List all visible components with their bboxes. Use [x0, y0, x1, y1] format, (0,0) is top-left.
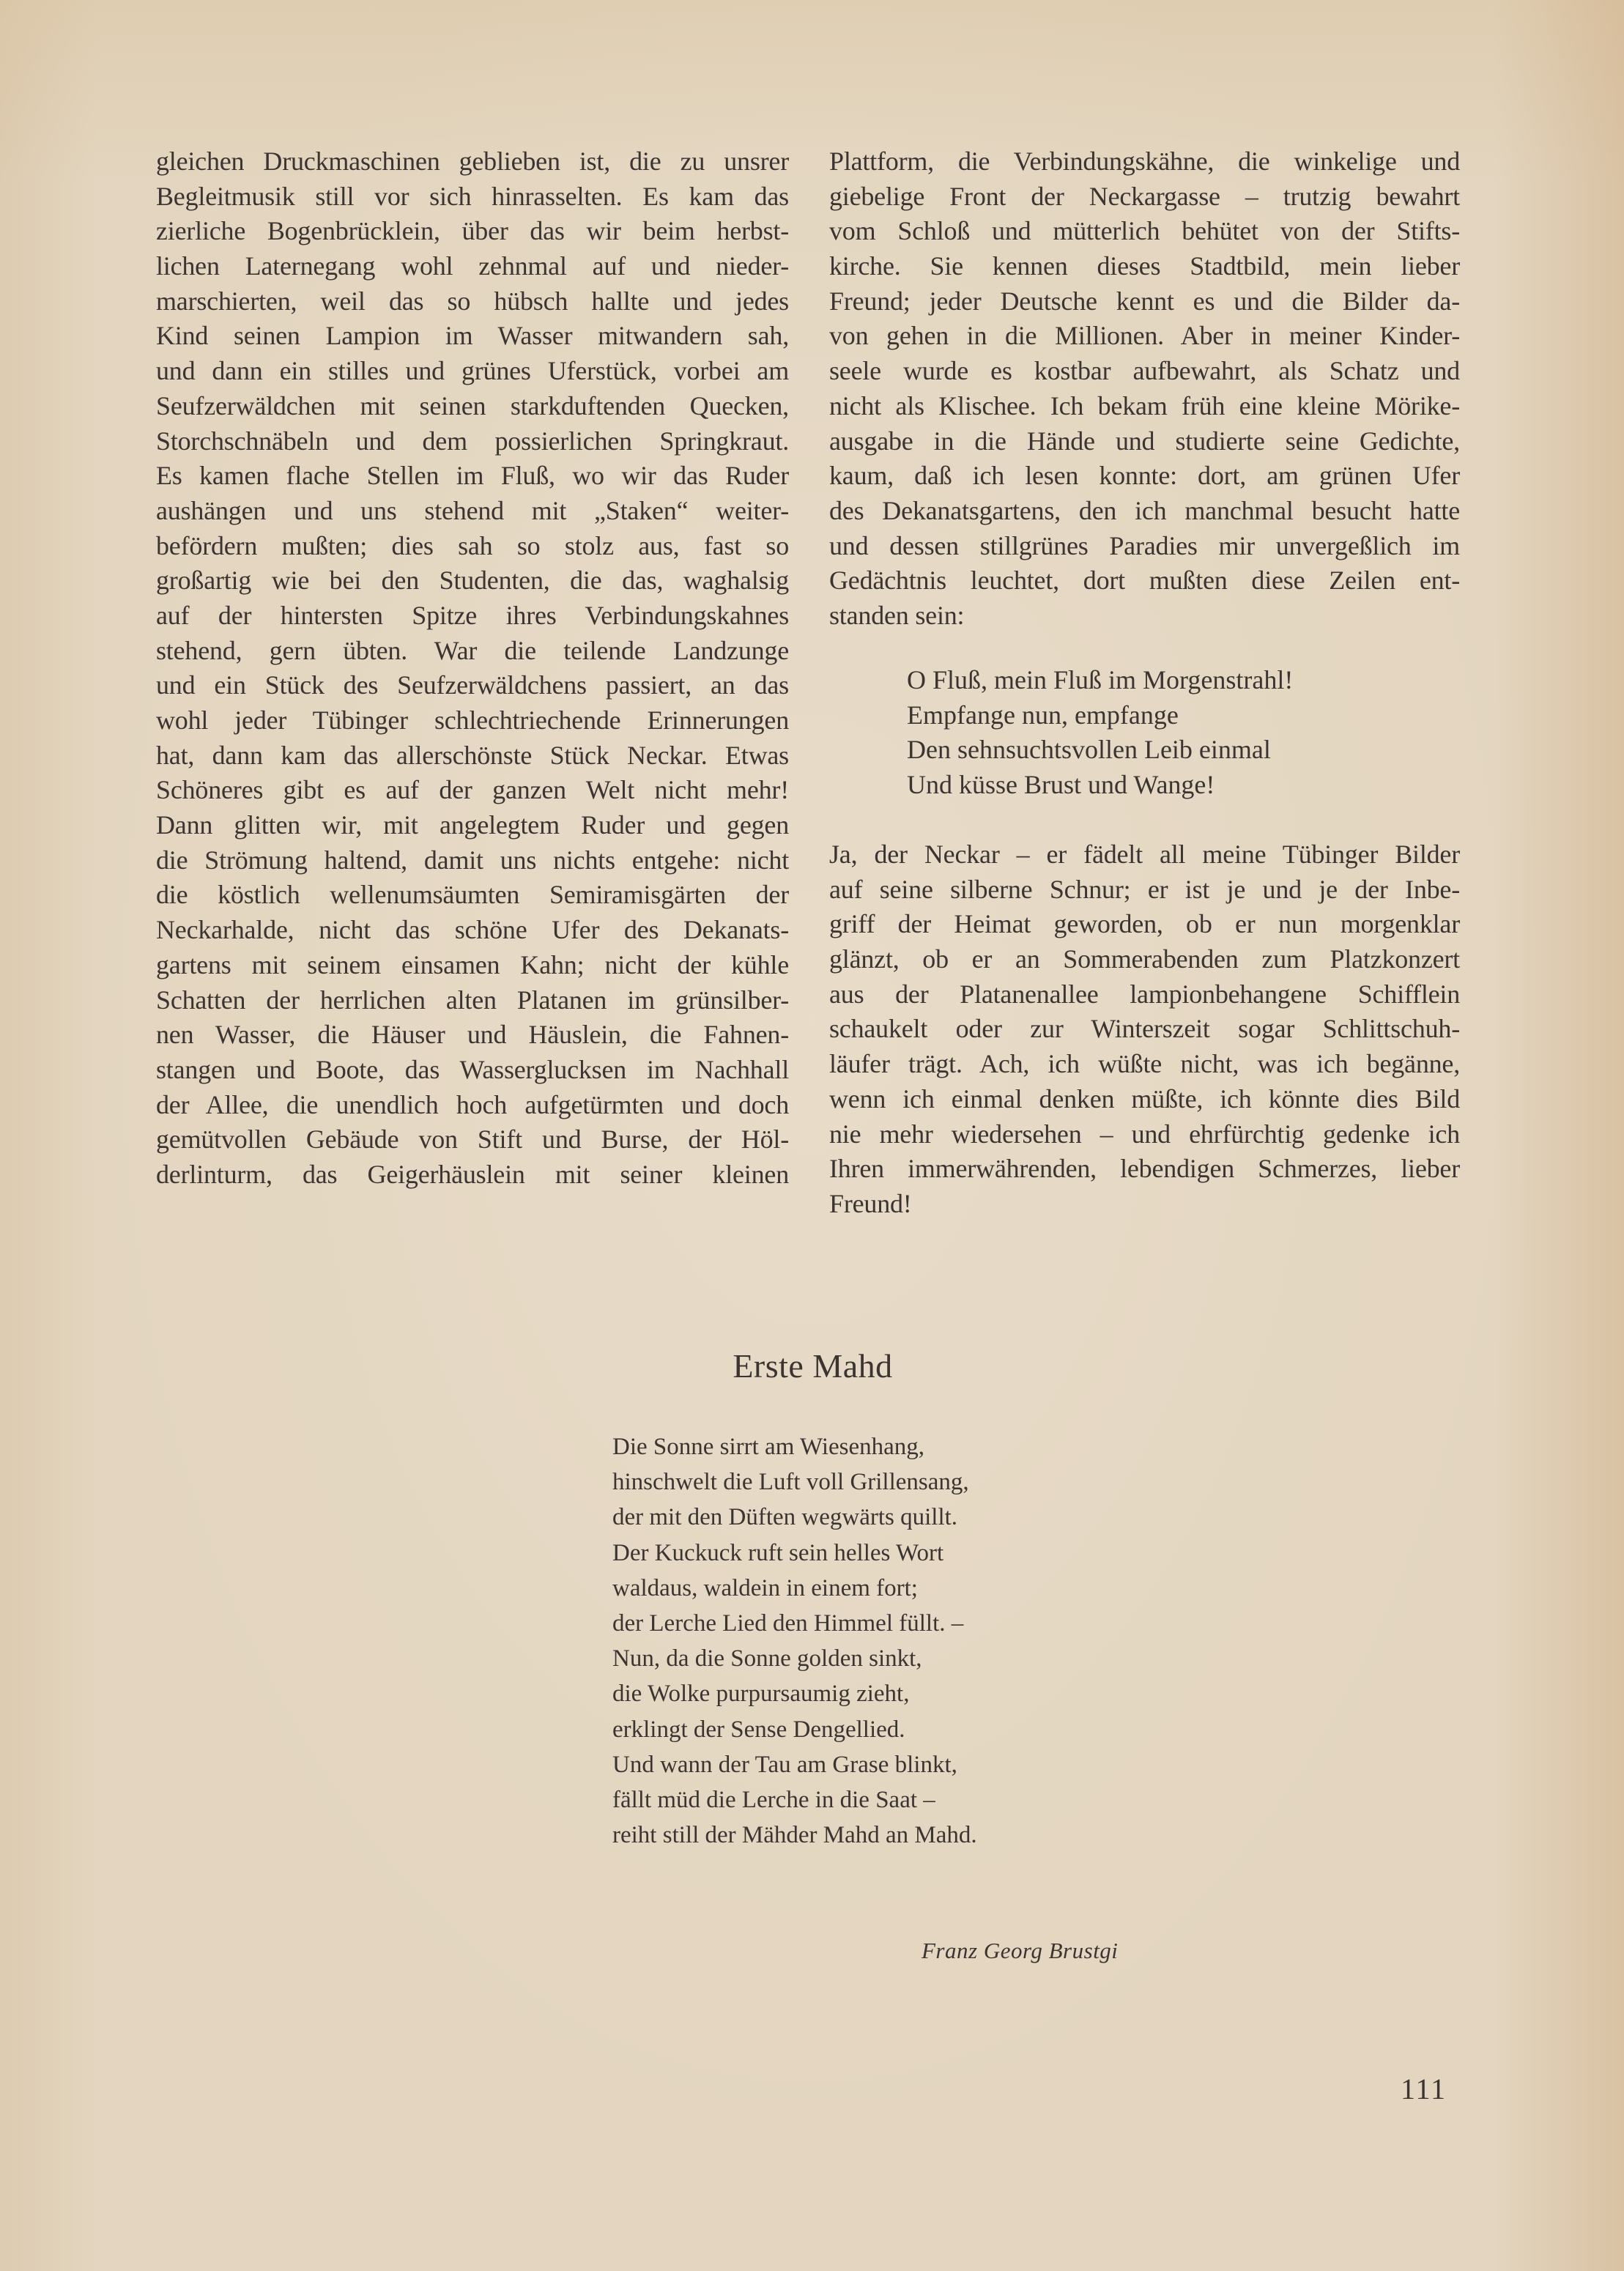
text-line: Schatten der herrlichen alten Platanen i…	[156, 983, 789, 1018]
text-line: und dessen stillgrünes Paradies mir unve…	[829, 529, 1460, 564]
text-line: des Dekanatsgartens, den ich manchmal be…	[829, 494, 1460, 529]
text-line: läufer trägt. Ach, ich wüßte nicht, was …	[829, 1047, 1460, 1082]
text-line: ausgabe in die Hände und studierte seine…	[829, 424, 1460, 459]
text-line: wohl jeder Tübinger schlechtriechende Er…	[156, 703, 789, 738]
text-line: giebelige Front der Neckargasse – trutzi…	[829, 179, 1460, 215]
poem-title: Erste Mahd	[0, 1346, 1624, 1385]
text-line: Und küsse Brust und Wange!	[907, 768, 1293, 803]
text-line: Schöneres gibt es auf der ganzen Welt ni…	[156, 773, 789, 808]
poem-body: Die Sonne sirrt am Wiesenhang,hinschwelt…	[612, 1429, 977, 1853]
text-line: die Wolke purpursaumig zieht,	[612, 1676, 977, 1711]
text-line: zierliche Bogenbrücklein, über das wir b…	[156, 214, 789, 249]
text-line: und dann ein stilles und grünes Uferstüc…	[156, 354, 789, 389]
text-line: reiht still der Mähder Mahd an Mahd.	[612, 1818, 977, 1853]
text-line: gartens mit seinem einsamen Kahn; nicht …	[156, 948, 789, 983]
text-line: Den sehnsuchtsvollen Leib einmal	[907, 733, 1293, 768]
text-line: hat, dann kam das allerschönste Stück Ne…	[156, 738, 789, 774]
text-line: fällt müd die Lerche in die Saat –	[612, 1782, 977, 1818]
text-line: Freund; jeder Deutsche kennt es und die …	[829, 284, 1460, 319]
text-line: gleichen Druckmaschinen geblieben ist, d…	[156, 144, 789, 179]
text-line: von gehen in die Millionen. Aber in mein…	[829, 319, 1460, 354]
text-line: Begleitmusik still vor sich hinrasselten…	[156, 179, 789, 215]
text-line: schaukelt oder zur Winterszeit sogar Sch…	[829, 1012, 1460, 1047]
text-line: nie mehr wiedersehen – und ehrfürchtig g…	[829, 1117, 1460, 1152]
quoted-moerike-verse: O Fluß, mein Fluß im Morgenstrahl!Empfan…	[907, 663, 1293, 803]
text-line: griff der Heimat geworden, ob er nun mor…	[829, 907, 1460, 942]
text-line: waldaus, waldein in einem fort;	[612, 1571, 977, 1606]
text-line: Gedächtnis leuchtet, dort mußten diese Z…	[829, 563, 1460, 599]
text-line: Ja, der Neckar – er fädelt all meine Tüb…	[829, 837, 1460, 873]
text-line: gemütvollen Gebäude von Stift und Burse,…	[156, 1122, 789, 1157]
text-line: nen Wasser, die Häuser und Häuslein, die…	[156, 1018, 789, 1053]
text-line: aus der Platanenallee lampionbehangene S…	[829, 977, 1460, 1012]
text-line: Freund!	[829, 1187, 1460, 1222]
text-line: die Strömung haltend, damit uns nichts e…	[156, 843, 789, 878]
text-line: vom Schloß und mütterlich behütet von de…	[829, 214, 1460, 249]
text-line: Es kamen flache Stellen im Fluß, wo wir …	[156, 459, 789, 494]
text-line: Empfange nun, empfange	[907, 698, 1293, 733]
text-line: auf seine silberne Schnur; er ist je und…	[829, 873, 1460, 908]
text-line: stehend, gern übten. War die teilende La…	[156, 634, 789, 669]
text-line: Storchschnäbeln und dem possierlichen Sp…	[156, 424, 789, 459]
essay-right-column-top: Plattform, die Verbindungskähne, die win…	[829, 144, 1460, 634]
text-line: Der Kuckuck ruft sein helles Wort	[612, 1535, 977, 1571]
text-line: O Fluß, mein Fluß im Morgenstrahl!	[907, 663, 1293, 698]
text-line: stangen und Boote, das Wasserglucksen im…	[156, 1053, 789, 1088]
essay-left-column: gleichen Druckmaschinen geblieben ist, d…	[156, 144, 789, 1193]
text-line: seele wurde es kostbar aufbewahrt, als S…	[829, 354, 1460, 389]
text-line: erklingt der Sense Dengellied.	[612, 1712, 977, 1747]
text-line: und ein Stück des Seufzerwäldchens passi…	[156, 668, 789, 703]
text-line: kirche. Sie kennen dieses Stadtbild, mei…	[829, 249, 1460, 284]
page-number: 111	[1401, 2072, 1447, 2106]
text-line: die köstlich wellenumsäumten Semiramisgä…	[156, 878, 789, 913]
text-line: lichen Laternegang wohl zehnmal auf und …	[156, 249, 789, 284]
text-line: marschierten, weil das so hübsch hallte …	[156, 284, 789, 319]
text-line: wenn ich einmal denken müßte, ich könnte…	[829, 1082, 1460, 1117]
poem-title-text: Erste Mahd	[733, 1347, 892, 1385]
text-line: hinschwelt die Luft voll Grillensang,	[612, 1464, 977, 1500]
text-line: Kind seinen Lampion im Wasser mitwandern…	[156, 319, 789, 354]
text-line: Ihren immerwährenden, lebendigen Schmerz…	[829, 1152, 1460, 1187]
text-line: der mit den Düften wegwärts quillt.	[612, 1500, 977, 1535]
text-line: Seufzerwäldchen mit seinen starkduftende…	[156, 389, 789, 424]
text-line: Neckarhalde, nicht das schöne Ufer des D…	[156, 913, 789, 948]
text-line: auf der hintersten Spitze ihres Verbindu…	[156, 599, 789, 634]
text-line: derlinturm, das Geigerhäuslein mit seine…	[156, 1157, 789, 1193]
text-line: glänzt, ob er an Sommerabenden zum Platz…	[829, 942, 1460, 977]
text-line: der Allee, die unendlich hoch aufgetürmt…	[156, 1088, 789, 1123]
text-line: standen sein:	[829, 599, 1460, 634]
text-line: Nun, da die Sonne golden sinkt,	[612, 1641, 977, 1676]
text-line: der Lerche Lied den Himmel füllt. –	[612, 1606, 977, 1641]
text-line: aushängen und uns stehend mit „Staken“ w…	[156, 494, 789, 529]
text-line: Plattform, die Verbindungskähne, die win…	[829, 144, 1460, 179]
text-line: Und wann der Tau am Grase blinkt,	[612, 1747, 977, 1782]
text-line: großartig wie bei den Studenten, die das…	[156, 563, 789, 599]
text-line: Die Sonne sirrt am Wiesenhang,	[612, 1429, 977, 1464]
essay-right-column-bottom: Ja, der Neckar – er fädelt all meine Tüb…	[829, 837, 1460, 1222]
poem-author: Franz Georg Brustgi	[922, 1938, 1118, 1964]
text-line: befördern mußten; dies sah so stolz aus,…	[156, 529, 789, 564]
text-line: kaum, daß ich lesen konnte: dort, am grü…	[829, 459, 1460, 494]
text-line: Dann glitten wir, mit angelegtem Ruder u…	[156, 808, 789, 843]
text-line: nicht als Klischee. Ich bekam früh eine …	[829, 389, 1460, 424]
